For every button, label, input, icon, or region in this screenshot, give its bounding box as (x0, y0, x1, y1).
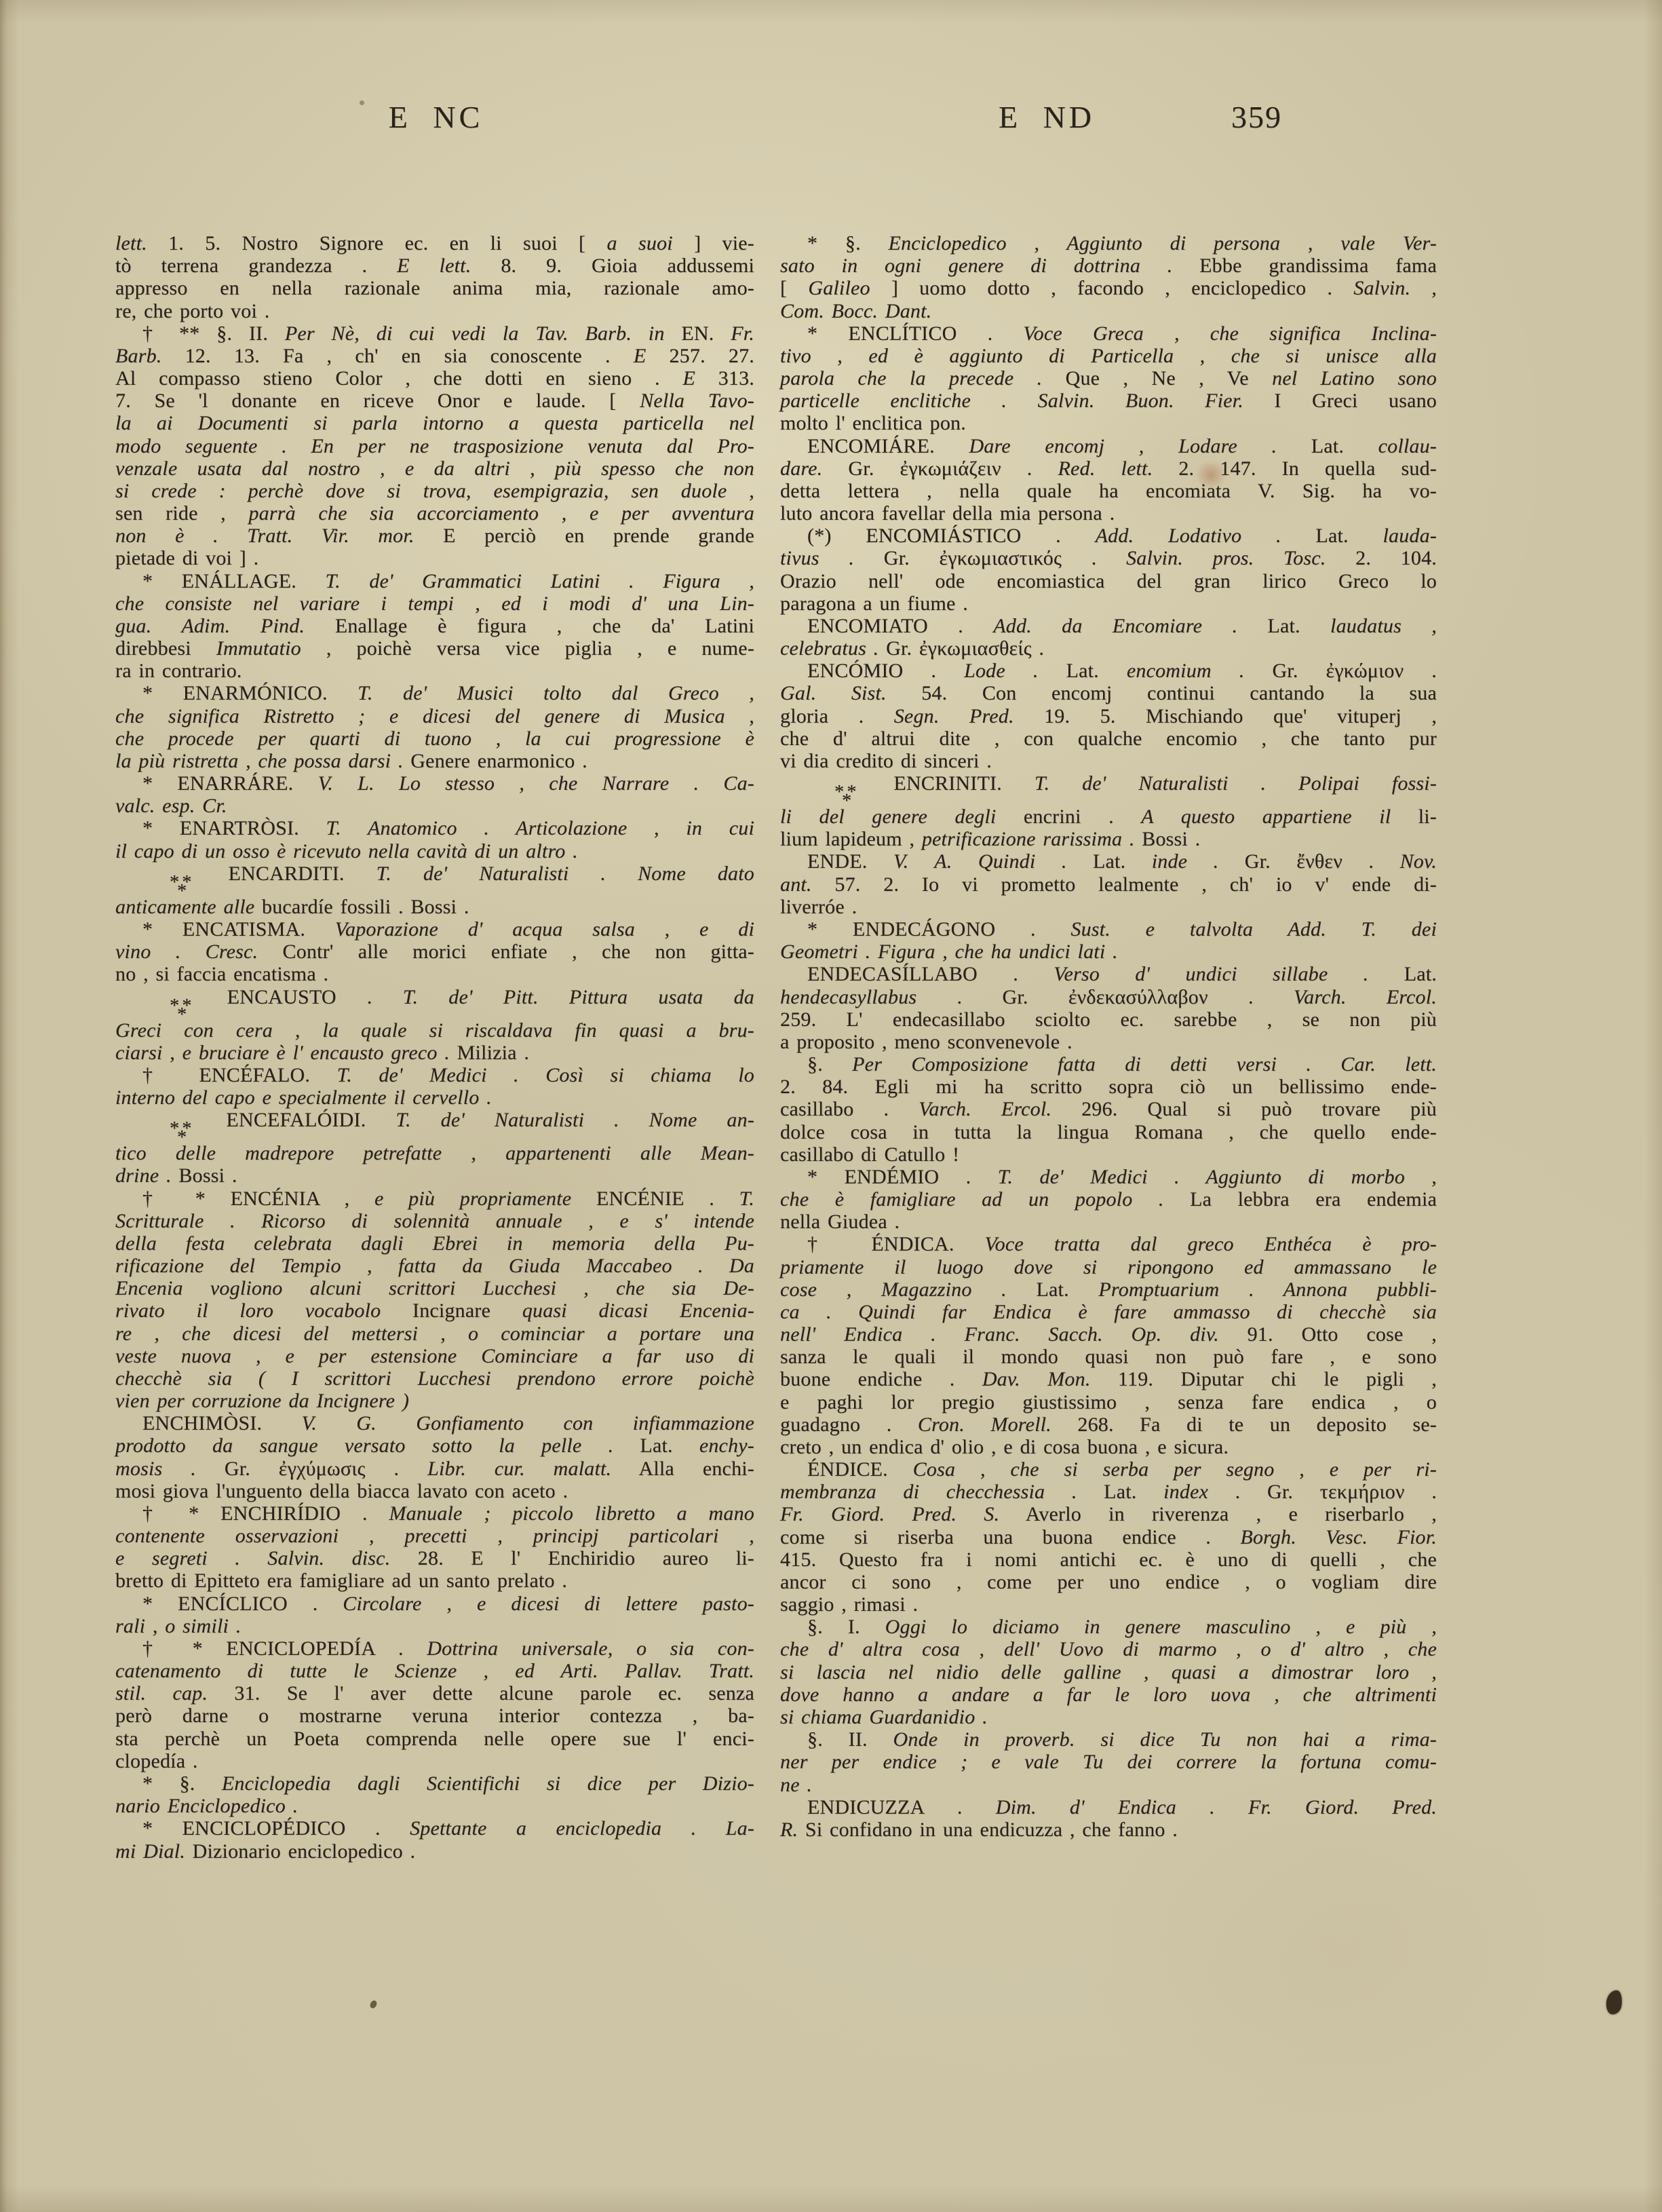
text-line: saggio , rimasi . (780, 1593, 1437, 1616)
text-line: sta perchè un Poeta comprenda nelle oper… (115, 1728, 754, 1750)
text-line: si chiama Guardanidio . (780, 1706, 1437, 1728)
text-line: mi Dial. Dizionario enciclopedico . (115, 1840, 754, 1863)
text-line: modo seguente . En per ne trasposizione … (115, 435, 754, 457)
text-line: tò terrena grandezza . E lett. 8. 9. Gio… (115, 254, 754, 277)
asterism-icon: *** (142, 1124, 195, 1142)
text-line: prodotto da sangue versato sotto la pell… (115, 1434, 754, 1457)
text-line: non è . Tratt. Vir. mor. E perciò en pre… (115, 525, 754, 547)
text-line: * ENDECÁGONO . Sust. e talvolta Add. T. … (780, 918, 1437, 940)
text-line: * ENDÉMIO . T. de' Medici . Aggiunto di … (780, 1166, 1437, 1188)
text-line: si lascia nel nidio delle galline , quas… (780, 1661, 1437, 1683)
text-block: lett. 1. 5. Nostro Signore ec. en li suo… (115, 232, 1437, 1863)
text-line: * §. Enciclopedia dagli Scientifichi si … (115, 1772, 754, 1795)
asterism-icon: *** (142, 878, 195, 896)
text-line: ÉNDICE. Cosa , che si serba per segno , … (780, 1458, 1437, 1481)
text-line: tico delle madrepore petrefatte , appart… (115, 1142, 754, 1164)
text-line: ENCÓMIO . Lode . Lat. encomium . Gr. ἐγκ… (780, 660, 1437, 682)
page-number: 359 (1153, 99, 1282, 135)
text-line: Orazio nell' ode encomiastica del gran l… (780, 570, 1437, 592)
text-line: † ** §. II. Per Nè, di cui vedi la Tav. … (115, 322, 754, 345)
text-line: catenamento di tutte le Scienze , ed Art… (115, 1660, 754, 1682)
text-line: ca . Quindi far Endica è fare ammasso di… (780, 1301, 1437, 1323)
text-line: * ENCICLOPÉDICO . Spettante a encicloped… (115, 1817, 754, 1839)
text-line: come si riserba una buona endice . Borgh… (780, 1526, 1437, 1548)
running-head-left: E NC (115, 99, 756, 135)
text-line: * ENARTRÒSI. T. Anatomico . Articolazion… (115, 817, 754, 839)
text-line: casillabo . Varch. Ercol. 296. Qual si p… (780, 1098, 1437, 1120)
text-line: ENCOMIÁRE. Dare encomj , Lodare . Lat. c… (780, 435, 1437, 457)
text-line: priamente il luogo dove si ripongono ed … (780, 1256, 1437, 1278)
text-line: venzale usata dal nostro , e da altri , … (115, 457, 754, 480)
scanned-dictionary-page: E NC E ND 359 lett. 1. 5. Nostro Signore… (0, 0, 1662, 2212)
text-line: che d' altra cosa , dell' Uovo di marmo … (780, 1638, 1437, 1660)
text-line: però darne o mostrarne veruna interior c… (115, 1704, 754, 1727)
text-line: li del genere degli encrini . A questo a… (780, 805, 1437, 828)
text-line: clopedía . (115, 1750, 754, 1772)
asterism-icon: *** (142, 1002, 195, 1019)
text-line: gua. Adim. Pind. Enallage è figura , che… (115, 615, 754, 637)
text-line: hendecasyllabus . Gr. ἐνδεκασύλλαβον . V… (780, 986, 1437, 1008)
text-line: 7. Se 'l donante en riceve Onor e laude.… (115, 389, 754, 412)
text-line: checchè sia ( I scrittori Lucchesi prend… (115, 1367, 754, 1390)
text-line: buone endiche . Dav. Mon. 119. Diputar c… (780, 1368, 1437, 1390)
text-line: dove hanno a andare a far le loro uova ,… (780, 1683, 1437, 1706)
text-line: rivato il loro vocabolo Incignare quasi … (115, 1299, 754, 1322)
text-line: Scritturale . Ricorso di solennità annua… (115, 1210, 754, 1232)
text-line: † ENCÉFALO. T. de' Medici . Così si chia… (115, 1064, 754, 1086)
text-line: ner per endice ; e vale Tu dei correre l… (780, 1751, 1437, 1773)
text-line: * ENÁLLAGE. T. de' Grammatici Latini . F… (115, 570, 754, 592)
column-left: lett. 1. 5. Nostro Signore ec. en li suo… (115, 232, 754, 1863)
text-line: Greci con cera , la quale si riscaldava … (115, 1019, 754, 1042)
text-line: Geometri . Figura , che ha undici lati . (780, 940, 1437, 963)
text-line: che d' altrui dite , con qualche encomio… (780, 727, 1437, 750)
text-line: bretto di Epitteto era famigliare ad un … (115, 1569, 754, 1592)
text-line: §. I. Oggi lo diciamo in genere masculin… (780, 1616, 1437, 1638)
text-line: R. Si confidano in una endicuzza , che f… (780, 1818, 1437, 1841)
text-line: §. Per Composizione fatta di detti versi… (780, 1053, 1437, 1075)
ink-blot (1605, 1989, 1624, 2016)
text-line: * ENARRÁRE. V. L. Lo stesso , che Narrar… (115, 772, 754, 795)
foxing-spot (1195, 460, 1226, 490)
text-line: rificazione del Tempio , fatta da Giuda … (115, 1255, 754, 1277)
text-line: contenente osservazioni , precetti , pri… (115, 1525, 754, 1547)
text-line: la più ristretta , che possa darsi . Gen… (115, 750, 754, 772)
text-line: Encenia vogliono alcuni scrittori Lucche… (115, 1277, 754, 1299)
text-line: a proposito , meno sconvenevole . (780, 1031, 1437, 1053)
text-line: creto , un endica d' olio , e di cosa bu… (780, 1436, 1437, 1458)
text-line: ENDECASÍLLABO . Verso d' undici sillabe … (780, 963, 1437, 985)
text-line: dolce cosa in tutta la lingua Romana , c… (780, 1121, 1437, 1143)
text-line: paragona a un fiume . (780, 592, 1437, 615)
text-line: luto ancora favellar della mia persona . (780, 502, 1437, 525)
text-line: Fr. Giord. Pred. S. Averlo in riverenza … (780, 1503, 1437, 1525)
text-line: † * ENCÉNIA , e più propriamente ENCÉNIE… (115, 1187, 754, 1210)
text-line: 415. Questo fra i nomi antichi ec. è uno… (780, 1548, 1437, 1571)
text-line: dare. Gr. ἐγκωμιάζειν . Red. lett. 2. 14… (780, 457, 1437, 480)
text-line: §. II. Onde in proverb. si dice Tu non h… (780, 1728, 1437, 1751)
text-line: * ENARMÓNICO. T. de' Musici tolto dal Gr… (115, 682, 754, 704)
text-line: cose , Magazzino . Lat. Promptuarium . A… (780, 1278, 1437, 1301)
text-line: casillabo di Catullo ! (780, 1143, 1437, 1166)
text-line: il capo di un osso è ricevuto nella cavi… (115, 840, 754, 862)
text-line: Com. Bocc. Dant. (780, 300, 1437, 322)
text-line: ciarsi , e bruciare è l' encausto greco … (115, 1042, 754, 1064)
text-line: ENDICUZZA . Dim. d' Endica . Fr. Giord. … (780, 1796, 1437, 1818)
text-line: re , che dicesi del mettersi , o cominci… (115, 1322, 754, 1345)
dust-speck (369, 2000, 379, 2010)
text-line: *** ENCRINITI. T. de' Naturalisti . Poli… (780, 772, 1437, 805)
text-line: ra in contrario. (115, 660, 754, 682)
text-line: sanza le quali il mondo quasi non può fa… (780, 1346, 1437, 1368)
dust-speck (360, 100, 364, 105)
text-line: tivus . Gr. ἐγκωμιαστικός . Salvin. pros… (780, 547, 1437, 569)
text-line: * §. Enciclopedico , Aggiunto di persona… (780, 232, 1437, 254)
text-line: stil. cap. 31. Se l' aver dette alcune p… (115, 1682, 754, 1704)
text-line: molto l' enclitica pon. (780, 412, 1437, 434)
text-line: rali , o simili . (115, 1615, 754, 1637)
text-line: che consiste nel variare i tempi , ed i … (115, 592, 754, 615)
text-line: appresso en nella razionale anima mia, r… (115, 277, 754, 299)
text-line: nell' Endica . Franc. Sacch. Op. div. 91… (780, 1323, 1437, 1346)
text-line: Gal. Sist. 54. Con encomj continui canta… (780, 682, 1437, 704)
text-line: nella Giudea . (780, 1210, 1437, 1233)
text-line: *** ENCEFALÓIDI. T. de' Naturalisti . No… (115, 1109, 754, 1142)
text-line: *** ENCARDITI. T. de' Naturalisti . Nome… (115, 862, 754, 896)
text-line: ENCOMIATO . Add. da Encomiare . Lat. lau… (780, 615, 1437, 637)
text-line: la ai Documenti si parla intorno a quest… (115, 412, 754, 434)
text-line: vi dia credito di sinceri . (780, 750, 1437, 772)
text-line: che significa Ristretto ; e dicesi del g… (115, 705, 754, 727)
text-line: liverróe . (780, 896, 1437, 918)
text-line: re, che porto voi . (115, 300, 754, 322)
text-line: sato in ogni genere di dottrina . Ebbe g… (780, 254, 1437, 277)
text-line: membranza di checchessia . Lat. index . … (780, 1481, 1437, 1503)
text-line: vino . Cresc. Contr' alle morici enfiate… (115, 940, 754, 963)
text-line: vien per corruzione da Incignere ) (115, 1390, 754, 1412)
text-line: ancor ci sono , come per uno endice , o … (780, 1571, 1437, 1593)
text-line: particelle enclitiche . Salvin. Buon. Fi… (780, 389, 1437, 412)
text-line: guadagno . Cron. Morell. 268. Fa di te u… (780, 1413, 1437, 1436)
text-line: nario Enciclopedico . (115, 1795, 754, 1817)
text-line: che procede per quarti di tuono , la cui… (115, 727, 754, 750)
text-line: lett. 1. 5. Nostro Signore ec. en li suo… (115, 232, 754, 254)
text-line: * ENCÍCLICO . Circolare , e dicesi di le… (115, 1593, 754, 1615)
text-line: si crede : perchè dove si trova, esempig… (115, 480, 754, 502)
text-line: mosi giova l'unguento della biacca lavat… (115, 1480, 754, 1502)
text-line: 2. 84. Egli mi ha scritto sopra ciò un b… (780, 1075, 1437, 1098)
text-line: parola che la precede . Que , Ne , Ve ne… (780, 367, 1437, 389)
text-line: detta lettera , nella quale ha encomiata… (780, 480, 1437, 502)
running-heads: E NC E ND 359 (0, 99, 1662, 153)
text-line: mosis . Gr. ἐγχύμωσις . Libr. cur. malat… (115, 1457, 754, 1480)
text-line: (*) ENCOMIÁSTICO . Add. Lodativo . Lat. … (780, 525, 1437, 547)
text-line: celebratus . Gr. ἐγκωμιασθείς . (780, 637, 1437, 660)
text-line: direbbesi Immutatio , poichè versa vice … (115, 637, 754, 660)
text-line: *** ENCAUSTO . T. de' Pitt. Pittura usat… (115, 986, 754, 1019)
text-line: anticamente alle bucardíe fossili . Boss… (115, 896, 754, 918)
text-line: ENDE. V. A. Quindi . Lat. inde . Gr. ἔνθ… (780, 850, 1437, 873)
text-line: † * ENCICLOPEDÍA . Dottrina universale, … (115, 1637, 754, 1660)
text-line: † * ENCHIRÍDIO . Manuale ; piccolo libre… (115, 1502, 754, 1525)
text-line: tivo , ed è aggiunto di Particella , che… (780, 345, 1437, 367)
text-line: sen ride , parrà che sia accorciamento ,… (115, 502, 754, 525)
text-line: ant. 57. 2. Io vi prometto lealmente , c… (780, 873, 1437, 896)
text-line: della festa celebrata dagli Ebrei in mem… (115, 1232, 754, 1255)
text-line: Barb. 12. 13. Fa , ch' en sia conoscente… (115, 345, 754, 367)
text-line: 259. L' endecasillabo sciolto ec. sarebb… (780, 1008, 1437, 1031)
text-line: pietade di voi ] . (115, 547, 754, 569)
text-line: e segreti . Salvin. disc. 28. E l' Enchi… (115, 1547, 754, 1569)
text-line: Al compasso stieno Color , che dotti en … (115, 367, 754, 389)
text-line: veste nuova , e per estensione Cominciar… (115, 1345, 754, 1367)
text-line: * ENCATISMA. Vaporazione d' acqua salsa … (115, 918, 754, 940)
text-line: [ Galileo ] uomo dotto , facondo , encic… (780, 277, 1437, 299)
text-line: ne . (780, 1774, 1437, 1796)
asterism-icon: *** (807, 788, 859, 805)
text-line: ENCHIMÒSI. V. G. Gonfiamento con infiamm… (115, 1412, 754, 1434)
text-line: no , si faccia encatisma . (115, 963, 754, 985)
text-line: e paghi lor pregio giustissimo , senza f… (780, 1391, 1437, 1413)
text-line: che è famigliare ad un popolo . La lebbr… (780, 1188, 1437, 1210)
text-line: gloria . Segn. Pred. 19. 5. Mischiando q… (780, 705, 1437, 727)
text-line: drine . Bossi . (115, 1164, 754, 1187)
text-line: lium lapideum , petrificazione rarissima… (780, 828, 1437, 850)
text-line: interno del capo e specialmente il cerve… (115, 1086, 754, 1109)
text-line: † ÉNDICA. Voce tratta dal greco Enthéca … (780, 1233, 1437, 1255)
text-line: * ENCLÍTICO . Voce Greca , che significa… (780, 322, 1437, 345)
column-right: * §. Enciclopedico , Aggiunto di persona… (780, 232, 1437, 1863)
text-line: valc. esp. Cr. (115, 795, 754, 817)
